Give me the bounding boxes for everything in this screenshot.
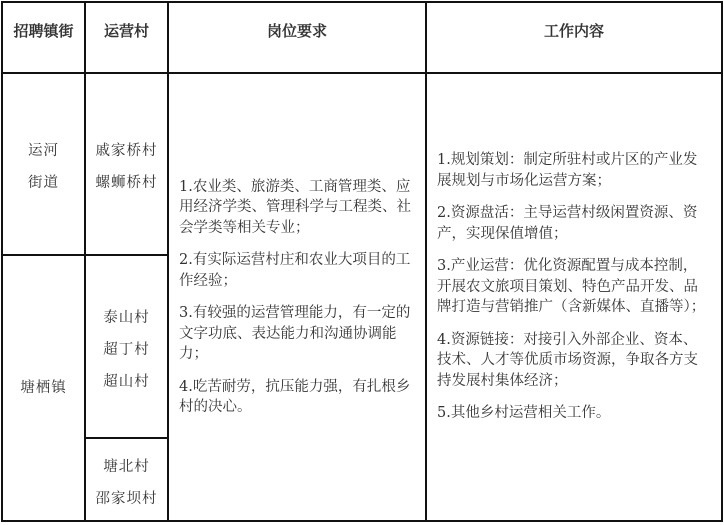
duty-item: 1.规划策划：制定所驻村或片区的产业发展规划与市场化运营方案； — [437, 150, 711, 191]
village-name: 超丁村 — [103, 334, 150, 366]
requirement-item: 2.有实际运营村庄和农业大项目的工作经验； — [179, 250, 413, 291]
duty-item: 5.其他乡村运营相关工作。 — [437, 403, 711, 424]
header-requirements-label: 岗位要求 — [267, 20, 327, 41]
header-duties: 工作内容 — [427, 3, 721, 72]
header-duties-label: 工作内容 — [544, 20, 604, 41]
town-cell-tangqi: 塘栖镇 — [3, 256, 84, 520]
duty-item: 3.产业运营：优化资源配置与成本控制，开展农文旅项目策划、特色产品开发、品牌打造… — [437, 256, 711, 318]
requirement-item: 1.农业类、旅游类、工商管理类、应用经济学类、管理科学与工程类、社会学类等相关专… — [179, 177, 413, 239]
village-cell-group-3: 塘北村 邵家坝村 — [86, 439, 167, 520]
town-name-line: 街道 — [28, 167, 59, 199]
town-name-line: 塘栖镇 — [20, 372, 67, 404]
village-name: 邵家坝村 — [96, 483, 158, 515]
header-village: 运营村 — [86, 3, 167, 72]
border-bottom — [1, 520, 723, 522]
recruitment-table: 招聘镇街 运营村 岗位要求 工作内容 运河 街道 戚家桥村 螺蛳桥村 塘栖镇 泰… — [0, 0, 724, 525]
requirements-cell: 1.农业类、旅游类、工商管理类、应用经济学类、管理科学与工程类、社会学类等相关专… — [169, 74, 425, 520]
requirement-item: 4.吃苦耐劳，抗压能力强，有扎根乡村的决心。 — [179, 377, 413, 418]
requirement-item: 3.有较强的运营管理能力，有一定的文字功底、表达能力和沟通协调能力； — [179, 303, 413, 365]
header-town-label: 招聘镇街 — [13, 20, 73, 41]
header-village-label: 运营村 — [104, 20, 149, 41]
duties-cell: 1.规划策划：制定所驻村或片区的产业发展规划与市场化运营方案； 2.资源盘活：主… — [427, 74, 721, 520]
village-cell-group-1: 戚家桥村 螺蛳桥村 — [86, 74, 167, 254]
village-name: 泰山村 — [103, 302, 150, 334]
village-cell-group-2: 泰山村 超丁村 超山村 — [86, 256, 167, 437]
village-name: 塘北村 — [103, 451, 150, 483]
village-name: 戚家桥村 — [96, 135, 158, 167]
village-name: 螺蛳桥村 — [96, 167, 158, 199]
header-town: 招聘镇街 — [3, 3, 84, 72]
town-name-line: 运河 — [28, 135, 59, 167]
duty-item: 4.资源链接：对接引入外部企业、资本、技术、人才等优质市场资源，争取各方支持发展… — [437, 330, 711, 392]
border-right — [721, 1, 723, 522]
village-name: 超山村 — [103, 366, 150, 398]
header-requirements: 岗位要求 — [169, 3, 425, 72]
duty-item: 2.资源盘活：主导运营村级闲置资源、资产，实现保值增值； — [437, 203, 711, 244]
town-cell-yunhe: 运河 街道 — [3, 74, 84, 254]
